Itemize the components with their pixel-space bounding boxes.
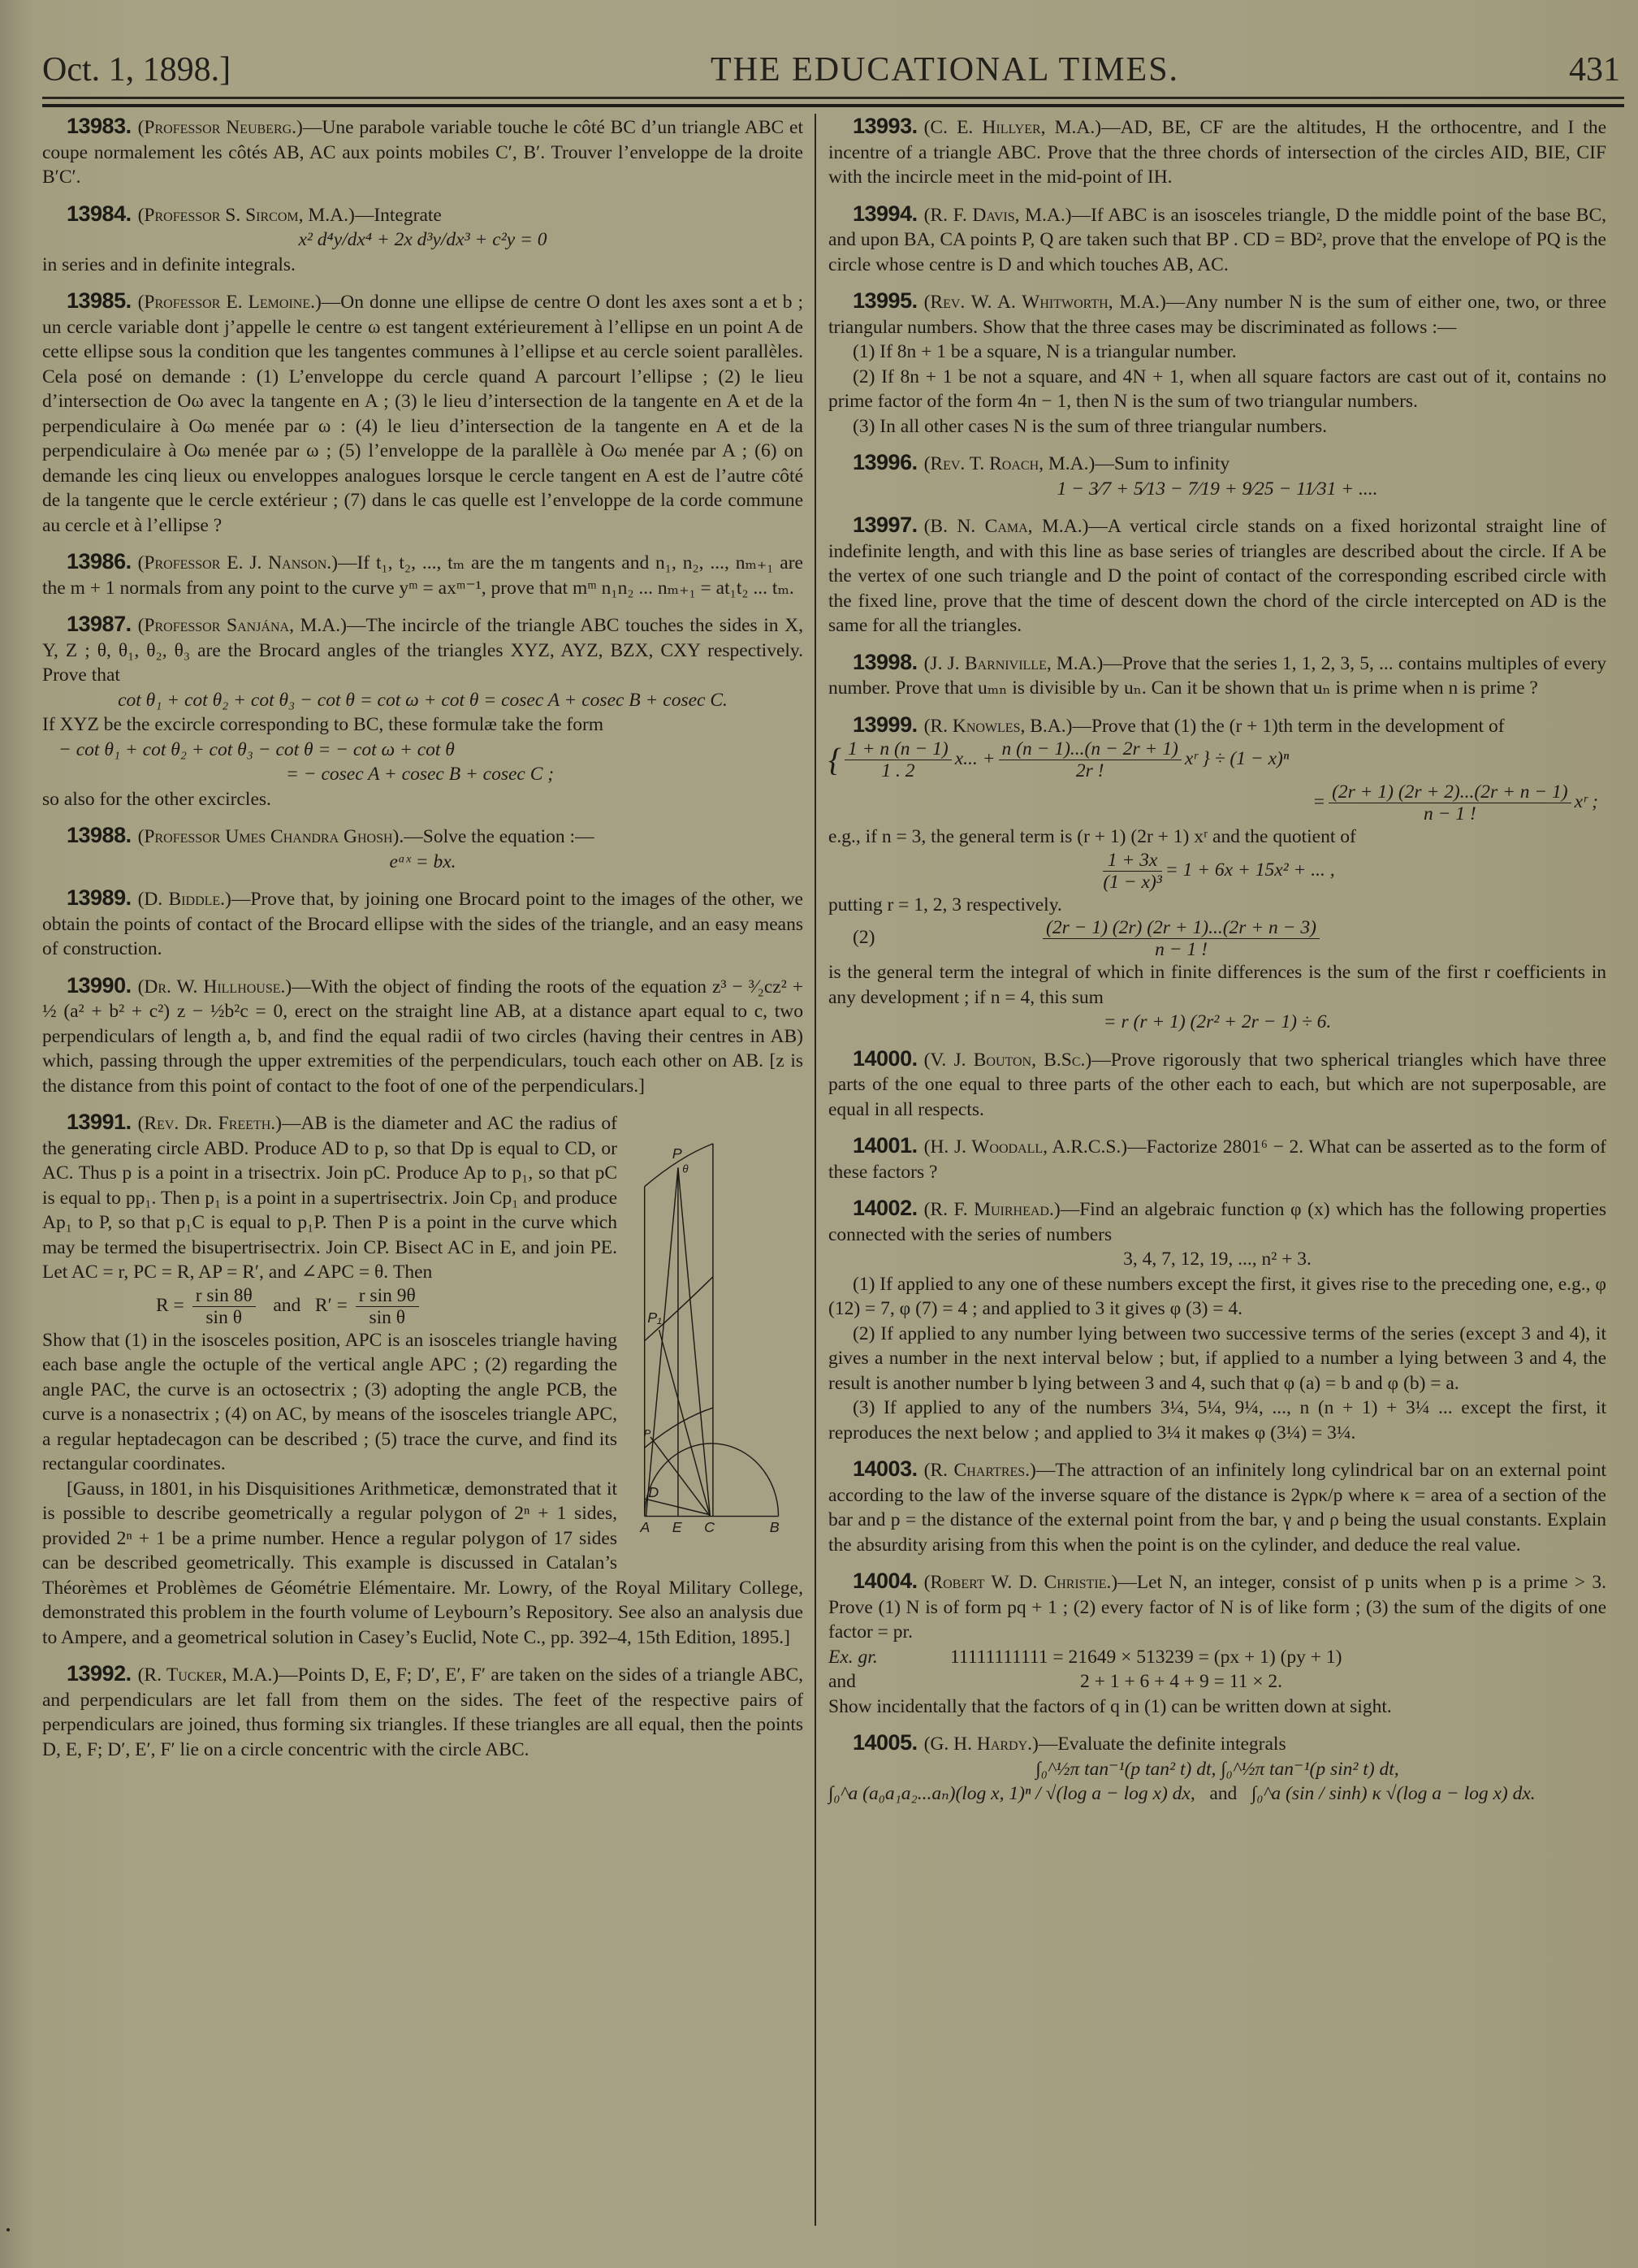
fraction: 1 + n (n − 1)1 . 2 <box>845 738 952 781</box>
fraction: (2r + 1) (2r + 2)...(2r + n − 1)n − 1 ! <box>1329 781 1571 825</box>
fraction: 1 + 3x(1 − x)³ <box>1103 850 1162 893</box>
case-1: (1) If applied to any one of these numbe… <box>828 1272 1606 1322</box>
problem-text: —Prove that (1) the (r + 1)th term in th… <box>1072 716 1504 737</box>
problem-author: (H. J. Woodall, A.R.C.S.) <box>924 1136 1128 1158</box>
problem-author: (Professor Sanjána, M.A.) <box>138 615 347 636</box>
label-D: D <box>648 1484 659 1500</box>
problem-13992: 13992.(R. Tucker, M.A.)—Points D, E, F; … <box>42 1661 803 1762</box>
problem-13999: 13999.(R. Knowles, B.A.)—Prove that (1) … <box>828 712 1606 1035</box>
journal-title: THE EDUCATIONAL TIMES. <box>367 50 1523 89</box>
problem-author: (C. E. Hillyer, M.A.) <box>924 117 1101 138</box>
eq-lhs: R = <box>156 1294 184 1315</box>
problem-text-continued: e.g., if n = 3, the general term is (r +… <box>828 825 1606 850</box>
example-equation: 11111111111 = 21649 × 513239 = (px + 1) … <box>950 1647 1342 1668</box>
label-p: P <box>644 1428 651 1439</box>
problem-14002: 14002.(R. F. Muirhead.)—Find an algebrai… <box>828 1196 1606 1445</box>
problem-author: (B. N. Cama, M.A.) <box>924 516 1089 537</box>
problem-13990: 13990.(Dr. W. Hillhouse.)—With the objec… <box>42 973 803 1099</box>
equation-development: {1 + n (n − 1)1 . 2x... +n (n − 1)...(n … <box>828 738 1606 781</box>
integrals-line-1: ∫₀^½π tan⁻¹(p tan² t) dt, ∫₀^½π tan⁻¹(p … <box>828 1757 1606 1782</box>
equation: x² d⁴y/dx⁴ + 2x d³y/dx³ + c²y = 0 <box>42 227 803 253</box>
problem-number: 14001. <box>853 1133 918 1158</box>
numerator: 1 + 3x <box>1103 850 1162 872</box>
denominator: sin θ <box>192 1307 256 1328</box>
denominator: sin θ <box>356 1307 419 1328</box>
denominator: (1 − x)³ <box>1103 872 1162 893</box>
problem-author: (R. Chartres.) <box>924 1460 1036 1481</box>
problem-13983: 13983.(Professor Neuberg.)—Une parabole … <box>42 114 803 190</box>
problem-number: 13988. <box>67 823 132 847</box>
problem-14001: 14001.(H. J. Woodall, A.R.C.S.)—Factoriz… <box>828 1133 1606 1184</box>
integrals-line-2: ∫₀^a (a₀a₁a₂...aₙ)(log x, 1)ⁿ / √(log a … <box>828 1781 1606 1807</box>
problem-number: 13992. <box>67 1661 132 1686</box>
eq-lhs: R′ = <box>315 1294 348 1315</box>
problem-number: 13998. <box>853 650 918 674</box>
column-divider <box>815 114 816 2226</box>
example-line: Ex. gr.11111111111 = 21649 × 513239 = (p… <box>828 1645 1606 1670</box>
eq-sign: = <box>1312 791 1325 812</box>
equation-part2: (2)(2r − 1) (2r) (2r + 1)...(2r + n − 3)… <box>828 917 1606 960</box>
problem-author: (R. Knowles, B.A.) <box>924 716 1073 737</box>
problem-13986: 13986.(Professor E. J. Nanson.)—If t₁, t… <box>42 549 803 600</box>
problem-number: 13984. <box>67 201 132 226</box>
equation: − cot θ₁ + cot θ₂ + cot θ₃ − cot θ = − c… <box>42 738 803 763</box>
geometry-diagram: P θ P₁ P D A E C B <box>629 1116 803 1547</box>
label-P1: P₁ <box>647 1309 662 1326</box>
numerator: r sin 8θ <box>192 1285 256 1307</box>
problem-author: (Professor Umes Chandra Ghosh). <box>138 826 404 847</box>
problem-13985: 13985.(Professor E. Lemoine.)—On donne u… <box>42 288 803 538</box>
problem-number: 13989. <box>67 885 132 910</box>
brace: { <box>828 741 841 777</box>
numerator: 1 + n (n − 1) <box>845 738 952 760</box>
problem-number: 13985. <box>67 288 132 313</box>
fraction: (2r − 1) (2r) (2r + 1)...(2r + n − 3)n −… <box>1043 917 1320 960</box>
problem-text-continued: so also for the other excircles. <box>42 787 803 812</box>
case-2: (2) If 8n + 1 be not a square, and 4N + … <box>828 365 1606 414</box>
numerator: (2r − 1) (2r) (2r + 1)...(2r + n − 3) <box>1043 917 1320 939</box>
problem-number: 13994. <box>853 201 918 226</box>
example-label: Ex. gr. <box>828 1645 950 1670</box>
problem-number: 13986. <box>67 549 132 573</box>
equation: 1 − 3⁄7 + 5⁄13 − 7⁄19 + 9⁄25 − 11⁄31 + .… <box>828 477 1606 502</box>
denominator: n − 1 ! <box>1329 803 1571 825</box>
problem-number: 13995. <box>853 288 918 313</box>
problem-13989: 13989.(D. Biddle.)—Prove that, by joinin… <box>42 885 803 962</box>
problem-author: (J. J. Barniville, M.A.) <box>924 653 1104 674</box>
denominator: 1 . 2 <box>845 760 952 781</box>
issue-date: Oct. 1, 1898.] <box>42 50 367 89</box>
problem-text-continued: is the general term the integral of whic… <box>828 960 1606 1010</box>
problem-number: 14003. <box>853 1456 918 1481</box>
problem-13991: P θ P₁ P D A E C B 13991.(Rev. Dr. Freet… <box>42 1110 803 1650</box>
problem-number: 13999. <box>853 712 918 737</box>
numerator: n (n − 1)...(n − 2r + 1) <box>999 738 1182 760</box>
page-header: Oct. 1, 1898.] THE EDUCATIONAL TIMES. 43… <box>42 50 1620 99</box>
problem-author: (R. F. Davis, M.A.) <box>924 205 1072 226</box>
right-column: 13993.(C. E. Hillyer, M.A.)—AD, BE, CF a… <box>828 114 1606 1818</box>
problem-14005: 14005.(G. H. Hardy.)—Evaluate the defini… <box>828 1730 1606 1807</box>
label-E: E <box>672 1519 683 1535</box>
problem-text-continued: Show incidentally that the factors of q … <box>828 1695 1606 1720</box>
problem-text: —Evaluate the definite integrals <box>1039 1733 1286 1755</box>
problem-13994: 13994.(R. F. Davis, M.A.)—If ABC is an i… <box>828 201 1606 278</box>
case-3: (3) If applied to any of the numbers 3¼,… <box>828 1396 1606 1445</box>
left-column: 13983.(Professor Neuberg.)—Une parabole … <box>42 114 803 1773</box>
problem-author: (R. F. Muirhead.) <box>924 1199 1061 1220</box>
problem-author: (Rev. T. Roach, M.A.) <box>924 453 1096 474</box>
label-P: P <box>672 1145 682 1162</box>
problem-author: (Dr. W. Hillhouse.) <box>138 976 292 998</box>
equation: = r (r + 1) (2r² + 2r − 1) ÷ 6. <box>828 1010 1606 1035</box>
problem-text: —Solve the equation :— <box>404 826 594 847</box>
equation: eᵃˣ = bx. <box>42 850 803 875</box>
problem-text-continued: in series and in definite integrals. <box>42 253 803 278</box>
equation: 3, 4, 7, 12, 19, ..., n² + 3. <box>828 1247 1606 1272</box>
and-label: and <box>828 1669 1080 1695</box>
equation: = − cosec A + cosec B + cosec C ; <box>42 762 803 787</box>
label-theta: θ <box>682 1163 689 1175</box>
denominator: n − 1 ! <box>1043 939 1320 960</box>
eq-mid: x... + <box>955 748 996 769</box>
eq-tail: = 1 + 6x + 15x² + ... , <box>1165 859 1335 880</box>
fraction: r sin 8θsin θ <box>192 1285 256 1328</box>
equation-quotient: 1 + 3x(1 − x)³= 1 + 6x + 15x² + ... , <box>828 850 1606 893</box>
problem-number: 13996. <box>853 450 918 474</box>
case-2: (2) If applied to any number lying betwe… <box>828 1322 1606 1396</box>
integral-a: ∫₀^a (a₀a₁a₂...aₙ)(log x, 1)ⁿ / √(log a … <box>828 1783 1195 1804</box>
problem-14004: 14004.(Robert W. D. Christie.)—Let N, an… <box>828 1569 1606 1719</box>
problem-13988: 13988.(Professor Umes Chandra Ghosh).—So… <box>42 823 803 874</box>
problem-author: (Rev. Dr. Freeth.) <box>138 1113 282 1134</box>
problem-number: 13983. <box>67 114 132 138</box>
numerator: r sin 9θ <box>356 1285 419 1307</box>
problem-author: (R. Tucker, M.A.) <box>138 1664 279 1686</box>
label-B: B <box>770 1519 780 1535</box>
header-rule-bottom <box>42 104 1624 107</box>
trisectrix-figure: P θ P₁ P D A E C B <box>629 1116 803 1547</box>
problem-13996: 13996.(Rev. T. Roach, M.A.)—Sum to infin… <box>828 450 1606 501</box>
problem-13987: 13987.(Professor Sanjána, M.A.)—The inci… <box>42 612 803 812</box>
header-rule-top <box>42 97 1624 99</box>
equation: cot θ₁ + cot θ₂ + cot θ₃ − cot θ = cot ω… <box>42 688 803 713</box>
fraction: r sin 9θsin θ <box>356 1285 419 1328</box>
label-C: C <box>704 1519 715 1535</box>
problem-number: 13997. <box>853 513 918 537</box>
problem-number: 14005. <box>853 1730 918 1755</box>
part-label: (2) <box>828 925 1039 950</box>
problem-13984: 13984.(Professor S. Sircom, M.A.)—Integr… <box>42 201 803 278</box>
fraction: n (n − 1)...(n − 2r + 1)2r ! <box>999 738 1182 781</box>
denominator: 2r ! <box>999 760 1182 781</box>
problem-author: (Robert W. D. Christie.) <box>924 1572 1118 1593</box>
speck <box>6 2228 10 2231</box>
problem-number: 14004. <box>853 1569 918 1593</box>
problem-number: 13993. <box>853 114 918 138</box>
problem-14003: 14003.(R. Chartres.)—The attraction of a… <box>828 1456 1606 1557</box>
and-line: and2 + 1 + 6 + 4 + 9 = 11 × 2. <box>828 1669 1606 1695</box>
problem-author: (G. H. Hardy.) <box>924 1733 1039 1755</box>
problem-text: —Integrate <box>355 205 442 226</box>
problem-author: (V. J. Bouton, B.Sc.) <box>924 1050 1092 1071</box>
problem-text: —Sum to infinity <box>1095 453 1230 474</box>
problem-13998: 13998.(J. J. Barniville, M.A.)—Prove tha… <box>828 650 1606 701</box>
case-1: (1) If 8n + 1 be a square, N is a triang… <box>828 340 1606 365</box>
problem-text: —On donne une ellipse de centre O dont l… <box>42 292 803 536</box>
numerator: (2r + 1) (2r + 2)...(2r + n − 1) <box>1329 781 1571 803</box>
problem-author: (Professor E. J. Nanson.) <box>138 552 338 573</box>
problem-text-continued: putting r = 1, 2, 3 respectively. <box>828 893 1606 918</box>
page-number: 431 <box>1523 50 1620 89</box>
integral-b: ∫₀^a (sin / sinh) κ √(log a − log x) dx. <box>1251 1783 1536 1804</box>
problem-number: 14000. <box>853 1046 918 1071</box>
problem-number: 14002. <box>853 1196 918 1220</box>
label-A: A <box>639 1519 650 1535</box>
problem-14000: 14000.(V. J. Bouton, B.Sc.)—Prove rigoro… <box>828 1046 1606 1123</box>
problem-number: 13990. <box>67 973 132 998</box>
problem-author: (Professor E. Lemoine.) <box>138 292 322 313</box>
problem-number: 13991. <box>67 1110 132 1134</box>
problem-text-continued: If XYZ be the excircle corresponding to … <box>42 712 803 738</box>
problem-13993: 13993.(C. E. Hillyer, M.A.)—AD, BE, CF a… <box>828 114 1606 190</box>
integral-and: and <box>1209 1783 1237 1804</box>
eq-tail: xʳ } ÷ (1 − x)ⁿ <box>1185 748 1289 769</box>
problem-text: —AB is the diameter and AC the radius of… <box>42 1113 617 1283</box>
equation-result: =(2r + 1) (2r + 2)...(2r + n − 1)n − 1 !… <box>828 781 1606 825</box>
eq-and: and <box>273 1294 300 1315</box>
case-3: (3) In all other cases N is the sum of t… <box>828 414 1606 439</box>
problem-author: (Rev. W. A. Whitworth, M.A.) <box>924 292 1166 313</box>
problem-author: (Professor S. Sircom, M.A.) <box>138 205 355 226</box>
problem-author: (Professor Neuberg.) <box>138 117 303 138</box>
problem-number: 13987. <box>67 612 132 636</box>
problem-13995: 13995.(Rev. W. A. Whitworth, M.A.)—Any n… <box>828 288 1606 439</box>
and-equation: 2 + 1 + 6 + 4 + 9 = 11 × 2. <box>1080 1671 1282 1692</box>
eq-tail: xʳ ; <box>1575 791 1598 812</box>
problem-13997: 13997.(B. N. Cama, M.A.)—A vertical circ… <box>828 513 1606 638</box>
problem-author: (D. Biddle.) <box>138 889 231 910</box>
